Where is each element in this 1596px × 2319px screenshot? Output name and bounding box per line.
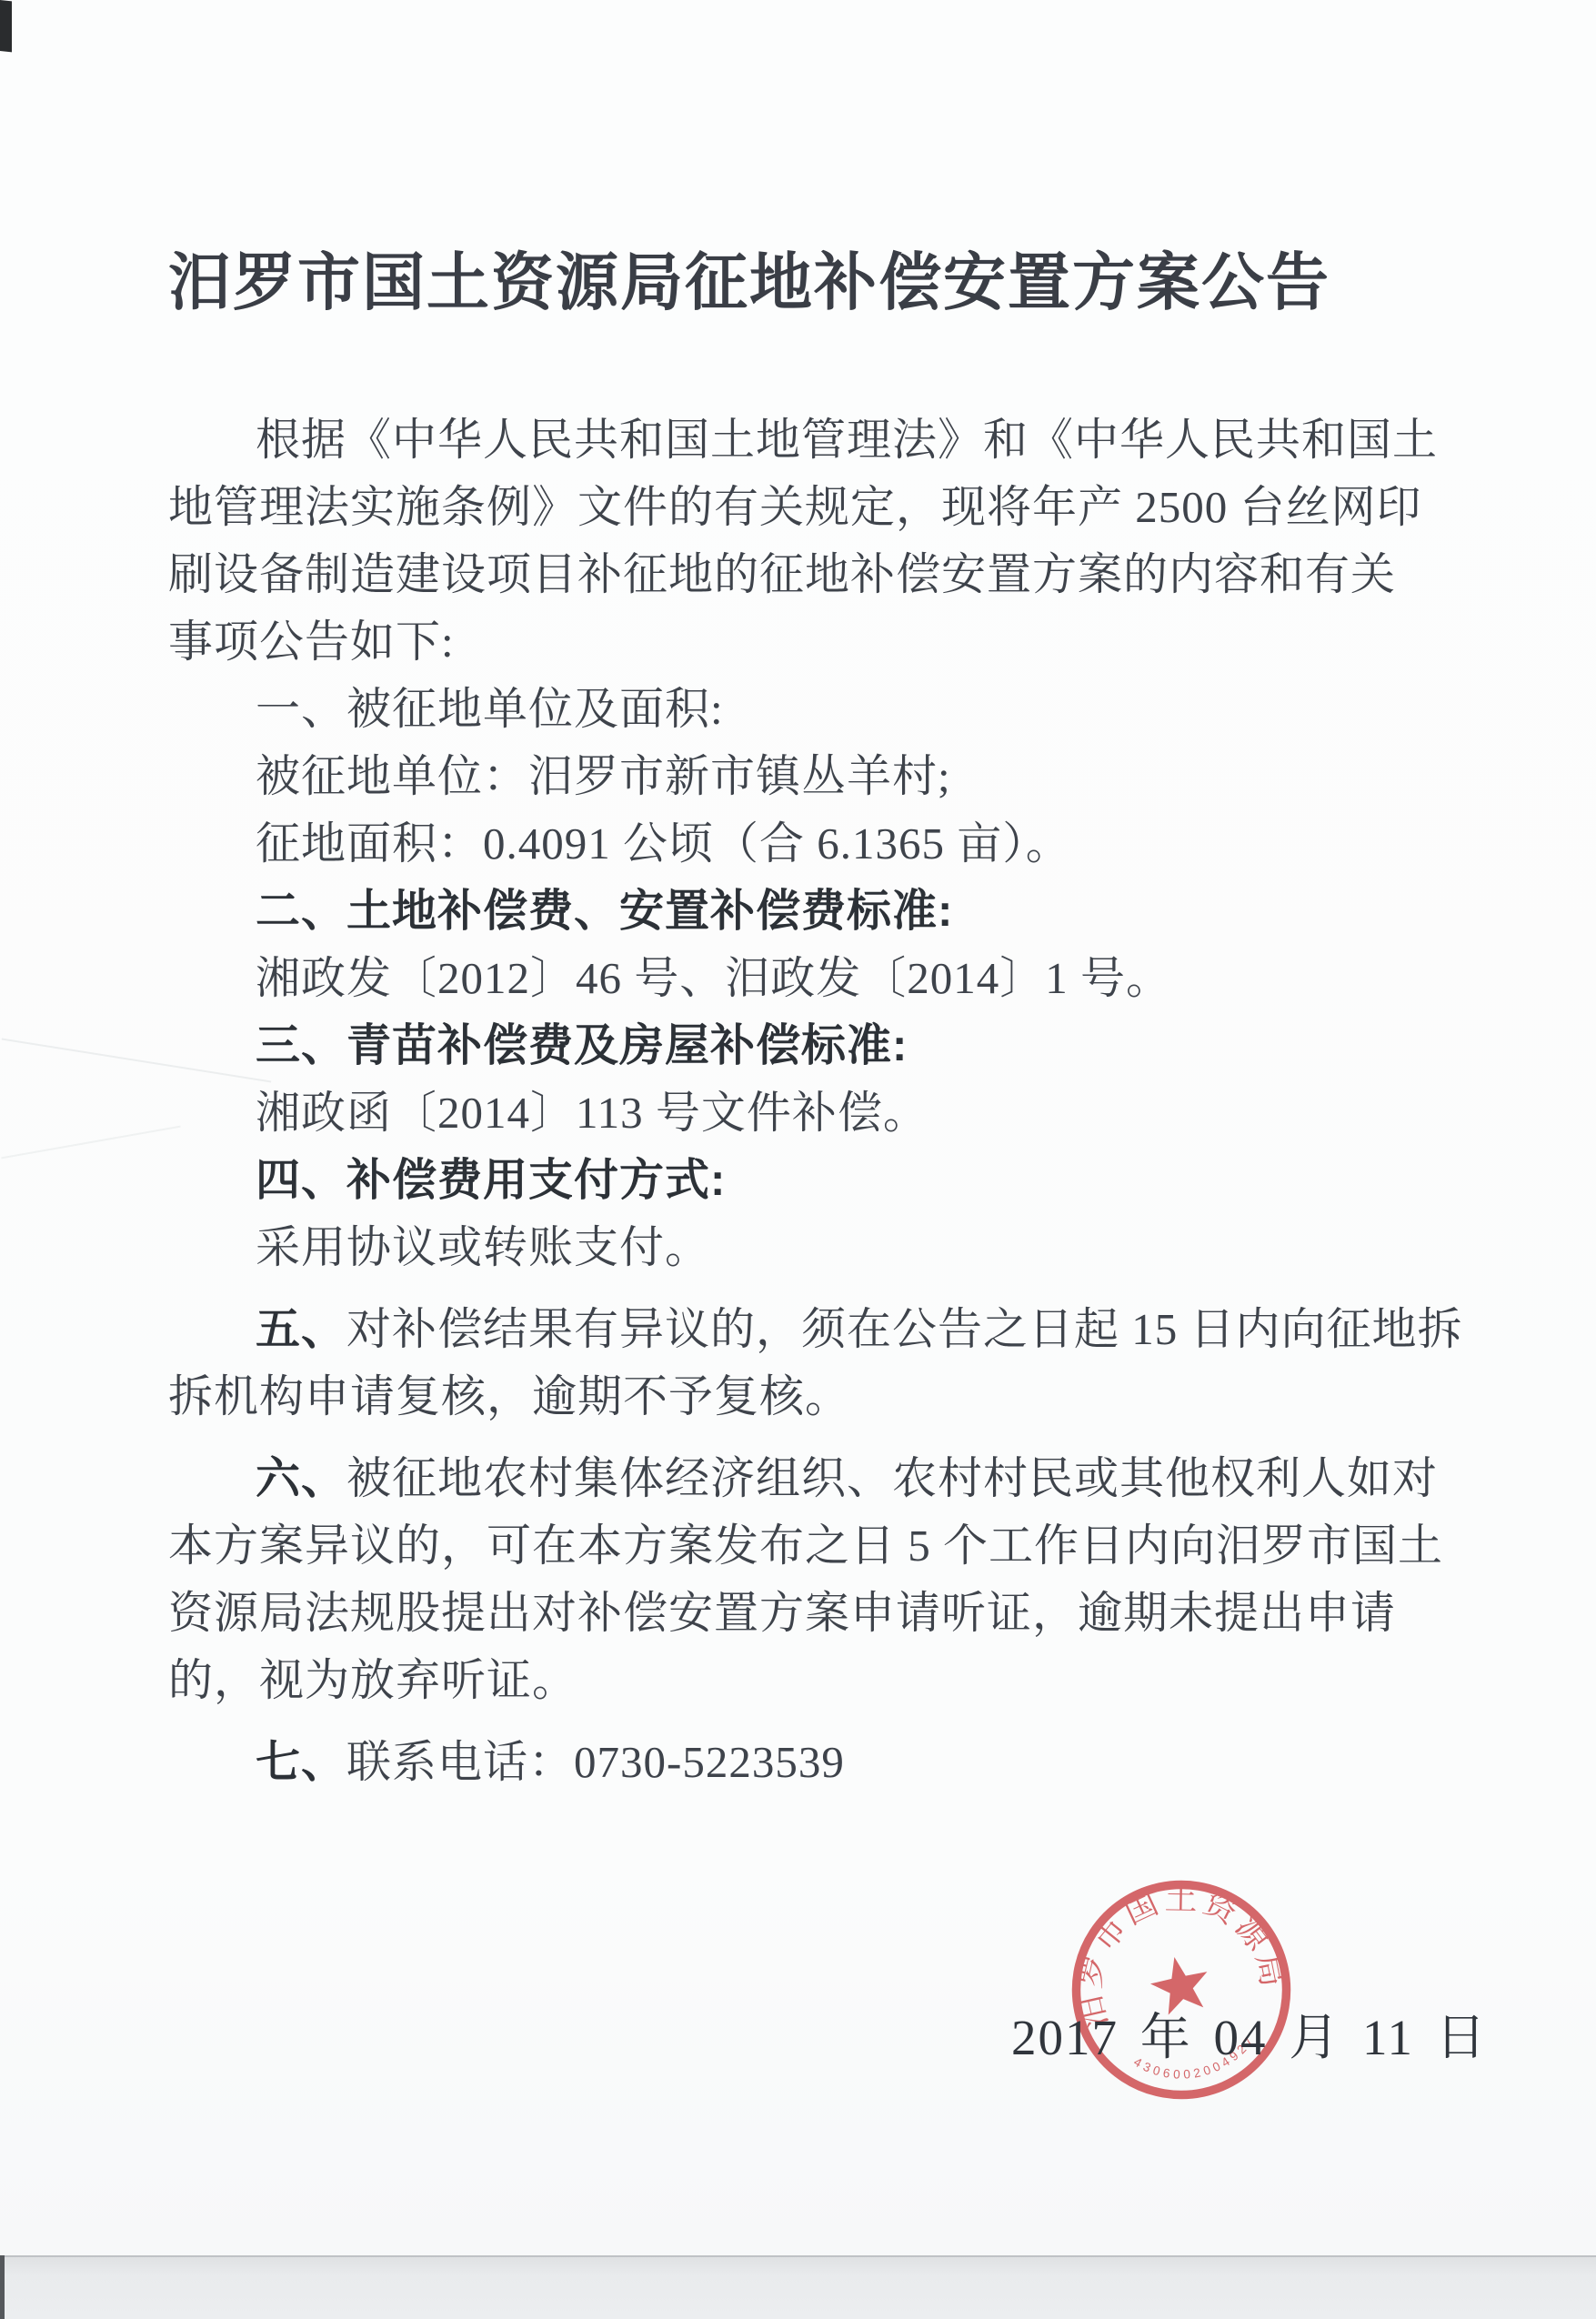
- document-body: 根据《中华人民共和国土地管理法》和《中华人民共和国土地管理法实施条例》文件的有关…: [168, 407, 1428, 1796]
- text-line: 三、青苗补偿费及房屋补偿标准:: [168, 1012, 1428, 1079]
- page-title: 汨罗市国土资源局征地补偿安置方案公告: [168, 232, 1428, 322]
- text-line: 一、被征地单位及面积:: [168, 676, 1428, 743]
- text-line: 地管理法实施条例》文件的有关规定，现将年产 2500 台丝网印: [168, 474, 1428, 541]
- text-line: 四、补偿费用支付方式:: [168, 1147, 1428, 1214]
- text-line: 征地面积：0.4091 公顷（合 6.1365 亩）。: [168, 810, 1428, 878]
- text-line: 二、土地补偿费、安置补偿费标准:: [168, 878, 1428, 945]
- text-line: 六、被征地农村集体经济组织、农村村民或其他权利人如对: [168, 1445, 1428, 1512]
- section-number: 七、: [256, 1738, 346, 1787]
- text-line: 本方案异议的，可在本方案发布之日 5 个工作日内向汨罗市国土: [168, 1512, 1428, 1580]
- scanned-announcement-page: 汨罗市国土资源局征地补偿安置方案公告 根据《中华人民共和国土地管理法》和《中华人…: [0, 0, 1596, 2319]
- scan-corner-artifact: [0, 0, 12, 52]
- scanner-background-strip: [0, 2255, 1596, 2319]
- text-line: 湘政发〔2012〕46 号、汨政发〔2014〕1 号。: [168, 945, 1428, 1012]
- text-line: 根据《中华人民共和国土地管理法》和《中华人民共和国土: [168, 407, 1428, 474]
- text-line: 事项公告如下:: [168, 608, 1428, 676]
- text-line: 被征地单位：汨罗市新市镇丛羊村;: [168, 743, 1428, 810]
- text-line: 采用协议或转账支付。: [168, 1214, 1428, 1281]
- text-line: 七、联系电话：0730-5223539: [168, 1729, 1428, 1796]
- text-line: 五、对补偿结果有异议的，须在公告之日起 15 日内向征地拆: [168, 1296, 1428, 1363]
- text-line: 拆机构申请复核，逾期不予复核。: [168, 1363, 1428, 1431]
- text-line: 的，视为放弃听证。: [168, 1647, 1428, 1714]
- official-red-seal: 汨罗市国土资源局 4306002004927: [1067, 1875, 1296, 2104]
- paper-crease: [1, 1126, 180, 1159]
- section-number: 六、: [256, 1454, 346, 1503]
- text-line: 刷设备制造建设项目补征地的征地补偿安置方案的内容和有关: [168, 541, 1428, 608]
- scanner-edge-shadow: [0, 2255, 5, 2319]
- section-number: 五、: [256, 1305, 346, 1354]
- document-date: 2017 年 04 月 11 日: [1011, 1997, 1488, 2069]
- text-line: 湘政函〔2014〕113 号文件补偿。: [168, 1079, 1428, 1147]
- text-line: 资源局法规股提出对补偿安置方案申请听证，逾期未提出申请: [168, 1580, 1428, 1647]
